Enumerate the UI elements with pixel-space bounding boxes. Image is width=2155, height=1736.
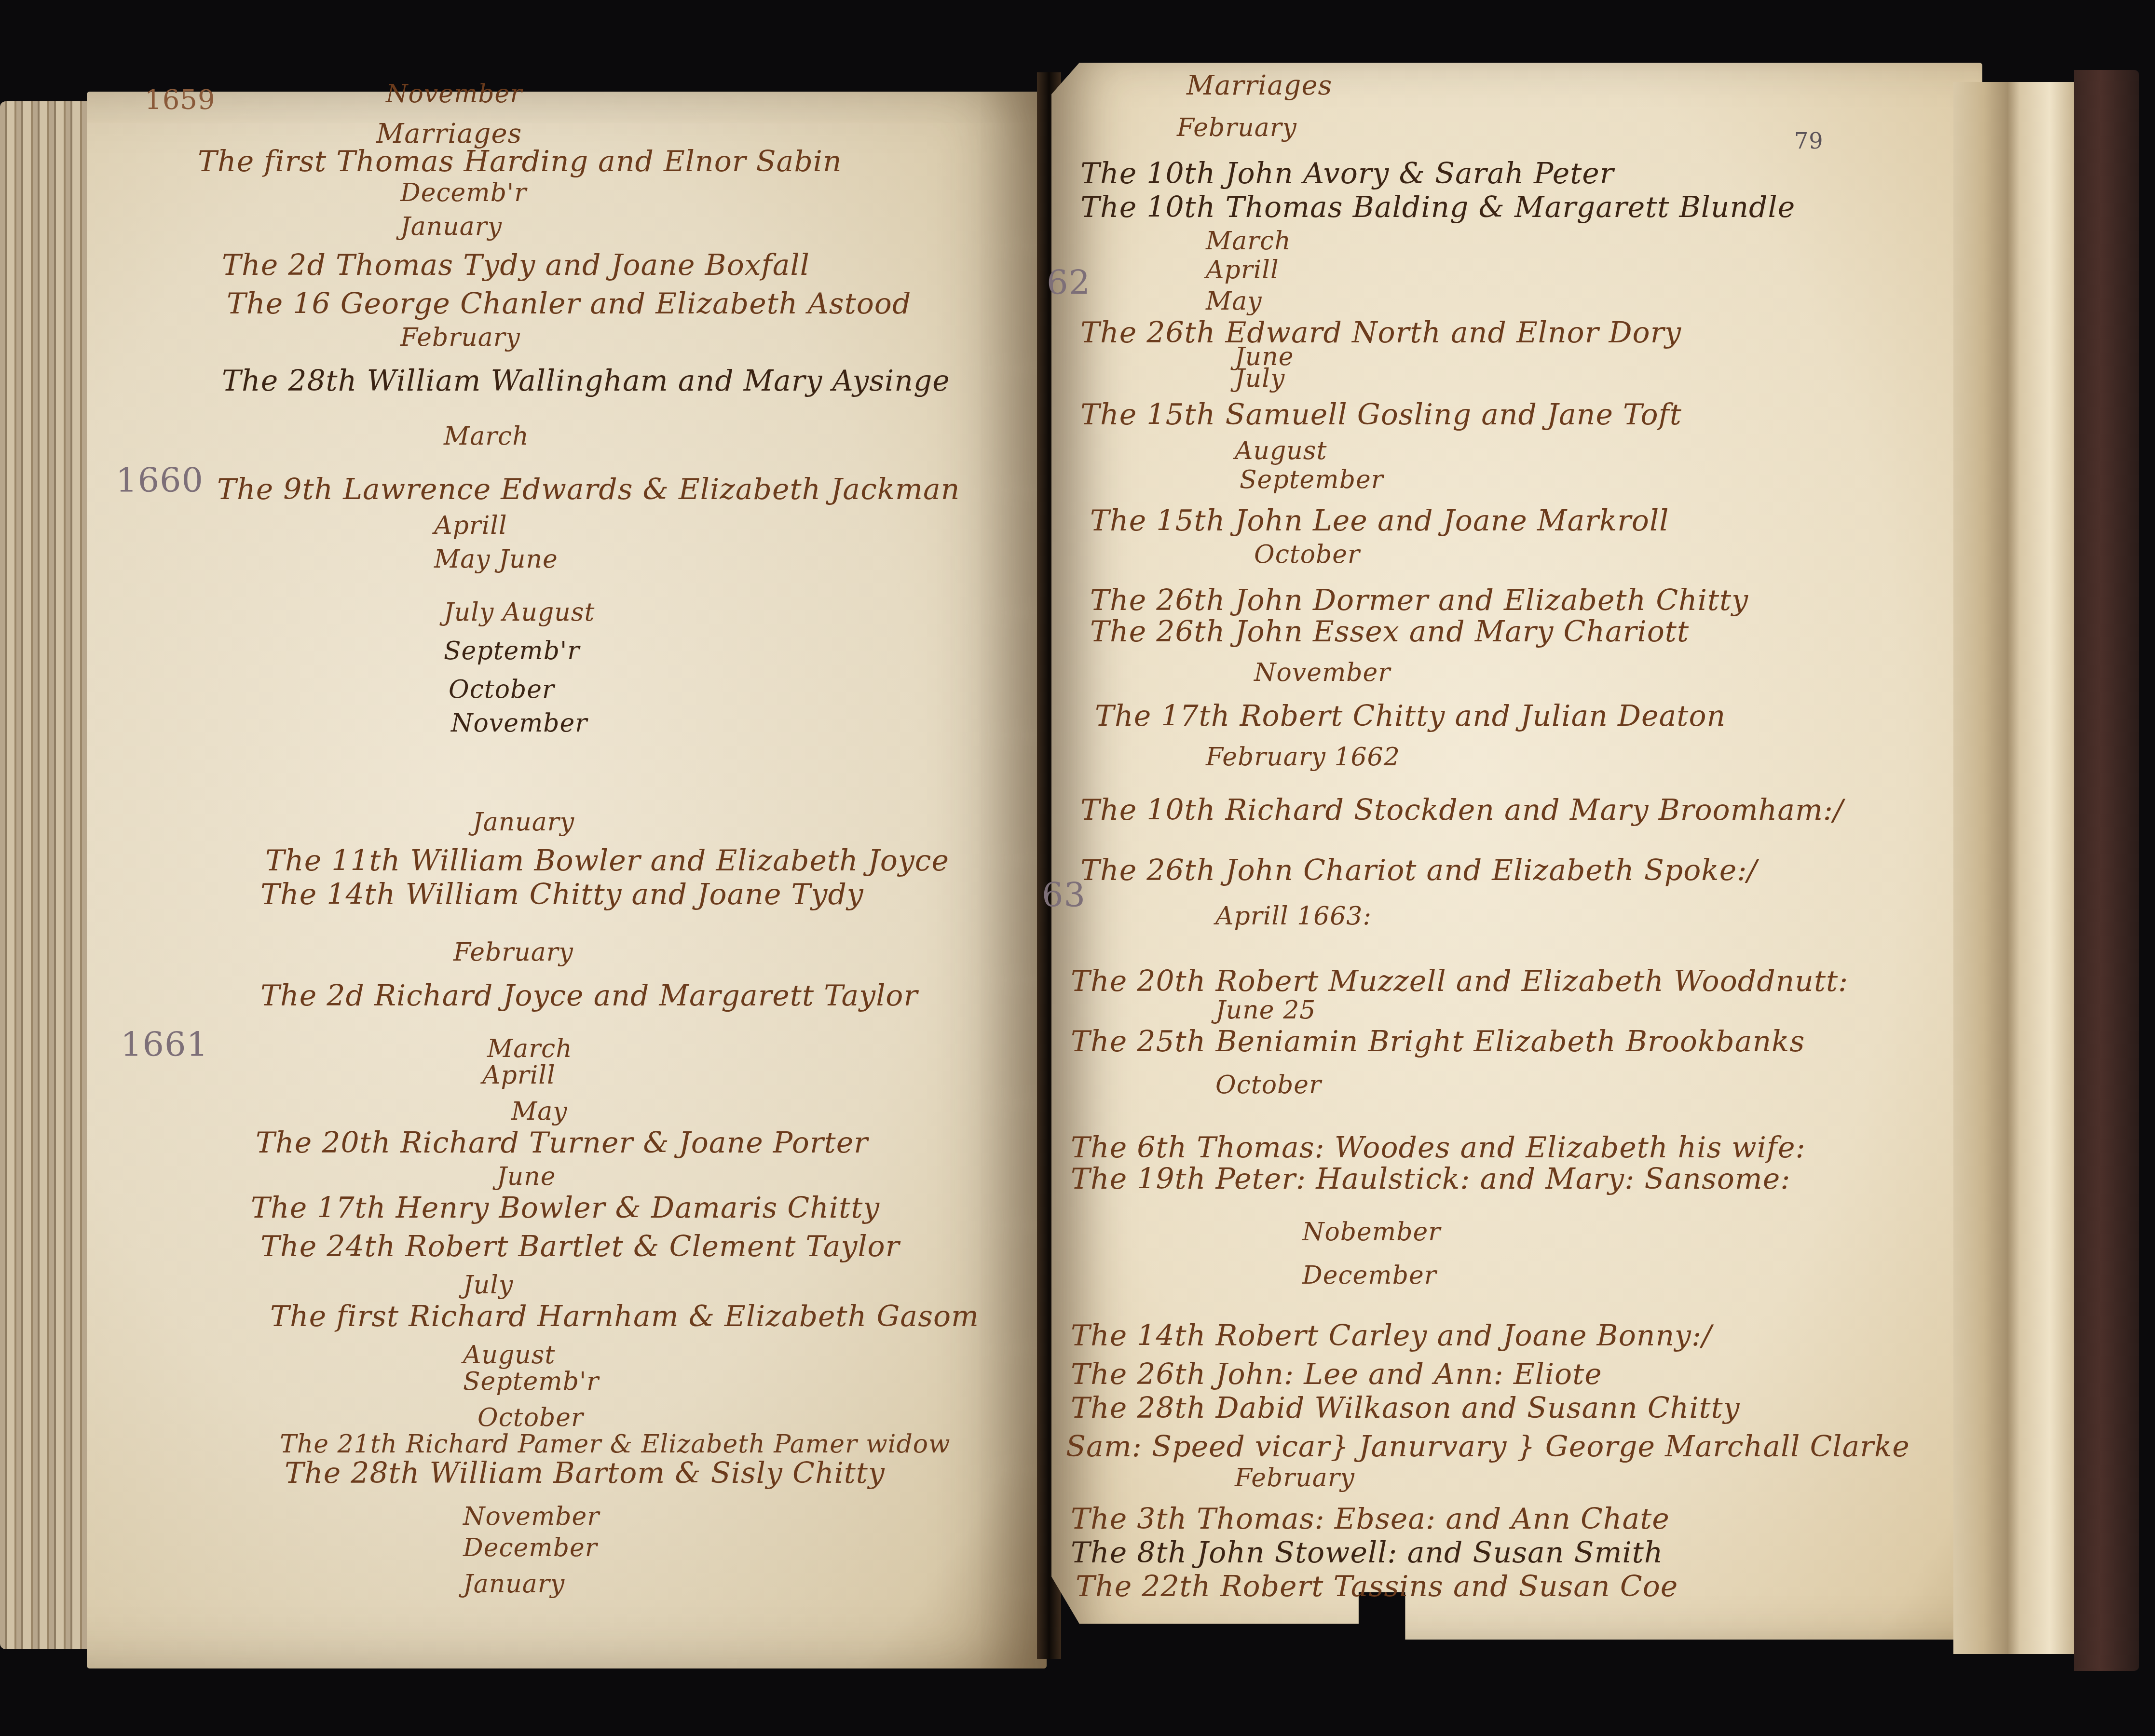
month-heading: June 25 [1215, 996, 1316, 1025]
month-heading: May [511, 1097, 568, 1126]
month-heading: February [453, 938, 573, 967]
marriage-entry: The first Thomas Harding and Elnor Sabin [198, 145, 842, 178]
marriage-entry: The 3th Thomas: Ebsea: and Ann Chate [1071, 1502, 1670, 1536]
month-heading: October [1215, 1071, 1322, 1099]
marriage-entry: The 20th Richard Turner & Joane Porter [256, 1126, 868, 1160]
right-page-edges [1953, 82, 2074, 1654]
month-heading: November [463, 1502, 600, 1531]
month-heading: September [1240, 465, 1384, 494]
marriage-entry: The 16 George Chanler and Elizabeth Asto… [227, 287, 911, 321]
month-heading: January [463, 1570, 565, 1599]
month-heading: Aprill [1206, 256, 1279, 285]
marriage-entry: The 14th Robert Carley and Joane Bonny:/ [1071, 1319, 1712, 1353]
month-heading: December [463, 1533, 598, 1562]
month-heading: July [1235, 364, 1285, 393]
month-heading: Aprill 1663: [1215, 902, 1372, 931]
margin-year: 63 [1042, 875, 1086, 915]
month-heading: May [1206, 287, 1262, 316]
margin-year: 1661 [121, 1025, 208, 1064]
month-heading: Septemb'r [463, 1367, 599, 1396]
marriage-entry: The 15th Samuell Gosling and Jane Toft [1080, 398, 1682, 432]
month-heading: July [463, 1271, 513, 1300]
marriage-entry: The 19th Peter: Haulstick: and Mary: San… [1071, 1162, 1790, 1196]
left-page-edges [0, 101, 96, 1649]
month-heading: January [400, 212, 502, 241]
marriage-entry: The 28th Dabid Wilkason and Susann Chitt… [1071, 1391, 1740, 1425]
month-heading: February 1662 [1206, 743, 1400, 772]
month-heading: January [473, 808, 574, 837]
marriage-entry: The 17th Henry Bowler & Damaris Chitty [251, 1191, 880, 1225]
margin-year: 62 [1047, 263, 1091, 302]
marriage-entry: The 26th John Essex and Mary Chariott [1090, 615, 1689, 649]
month-heading: Nobember [1302, 1218, 1441, 1247]
marriage-entry: The 14th William Chitty and Joane Tydy [260, 878, 864, 911]
month-heading: November [451, 709, 587, 738]
month-heading: October [477, 1403, 584, 1432]
marriage-entry: The 26th John Chariot and Elizabeth Spok… [1080, 854, 1758, 887]
marriage-entry: The 6th Thomas: Woodes and Elizabeth his… [1071, 1131, 1806, 1165]
month-heading: Decemb'r [400, 178, 527, 207]
month-heading: December [1302, 1261, 1437, 1290]
marriage-entry: The first Richard Harnham & Elizabeth Ga… [270, 1300, 979, 1333]
month-heading: Septemb'r [444, 637, 580, 665]
marriage-entry: The 26th John: Lee and Ann: Eliote [1071, 1357, 1602, 1391]
section-heading: Marriages [1187, 70, 1332, 101]
month-heading: March [1206, 227, 1291, 256]
margin-year: 1660 [116, 461, 204, 500]
marriage-entry: The 17th Robert Chitty and Julian Deaton [1095, 699, 1726, 733]
marriage-entry: The 28th William Wallingham and Mary Ays… [222, 364, 950, 398]
marriage-entry: The 25th Beniamin Bright Elizabeth Brook… [1071, 1025, 1805, 1058]
month-heading: August [463, 1341, 555, 1370]
folio-number: 79 [1794, 128, 1824, 154]
marriage-entry: The 2d Richard Joyce and Margarett Taylo… [260, 979, 918, 1013]
marriage-entry: The 24th Robert Bartlet & Clement Taylor [260, 1230, 900, 1263]
marriage-entry: Sam: Speed vicar} Janurvary } George Mar… [1066, 1430, 1910, 1464]
month-heading: July August [444, 598, 595, 627]
marriage-entry: The 10th Thomas Balding & Margarett Blun… [1080, 190, 1795, 224]
marriage-entry: The 10th Richard Stockden and Mary Broom… [1080, 793, 1843, 827]
marriage-entry: The 22th Robert Tassins and Susan Coe [1076, 1570, 1678, 1603]
marriage-entry: The 15th John Lee and Joane Markroll [1090, 504, 1669, 538]
month-heading: October [449, 675, 555, 704]
month-heading: October [1254, 540, 1360, 569]
month-heading: March [487, 1034, 573, 1063]
marriage-entry: The 11th William Bowler and Elizabeth Jo… [265, 844, 949, 878]
month-heading: November [386, 80, 522, 108]
month-heading: February [1235, 1464, 1355, 1492]
marriage-entry: The 26th John Dormer and Elizabeth Chitt… [1090, 583, 1748, 617]
month-heading: August [1235, 436, 1327, 465]
marriage-entry: The 10th John Avory & Sarah Peter [1080, 157, 1614, 190]
month-heading: February [1177, 113, 1297, 142]
marriage-entry: The 20th Robert Muzzell and Elizabeth Wo… [1071, 964, 1848, 998]
marriage-entry: The 2d Thomas Tydy and Joane Boxfall [222, 248, 810, 282]
marriage-entry: The 26th Edward North and Elnor Dory [1080, 316, 1681, 350]
marriage-entry: The 21th Richard Pamer & Elizabeth Pamer… [280, 1430, 951, 1459]
month-heading: February [400, 323, 520, 352]
leather-cover [2074, 70, 2139, 1671]
month-heading: Aprill [482, 1061, 556, 1090]
marriage-entry: The 8th John Stowell: and Susan Smith [1071, 1536, 1664, 1570]
month-heading: May June [434, 545, 558, 574]
month-heading: March [444, 422, 529, 451]
marriage-entry: The 28th William Bartom & Sisly Chitty [285, 1456, 885, 1490]
margin-year-1659: 1659 [145, 84, 216, 116]
marriage-entry: The 9th Lawrence Edwards & Elizabeth Jac… [217, 473, 960, 506]
month-heading: June [497, 1162, 556, 1191]
month-heading: Aprill [434, 511, 507, 540]
month-heading: November [1254, 658, 1391, 687]
